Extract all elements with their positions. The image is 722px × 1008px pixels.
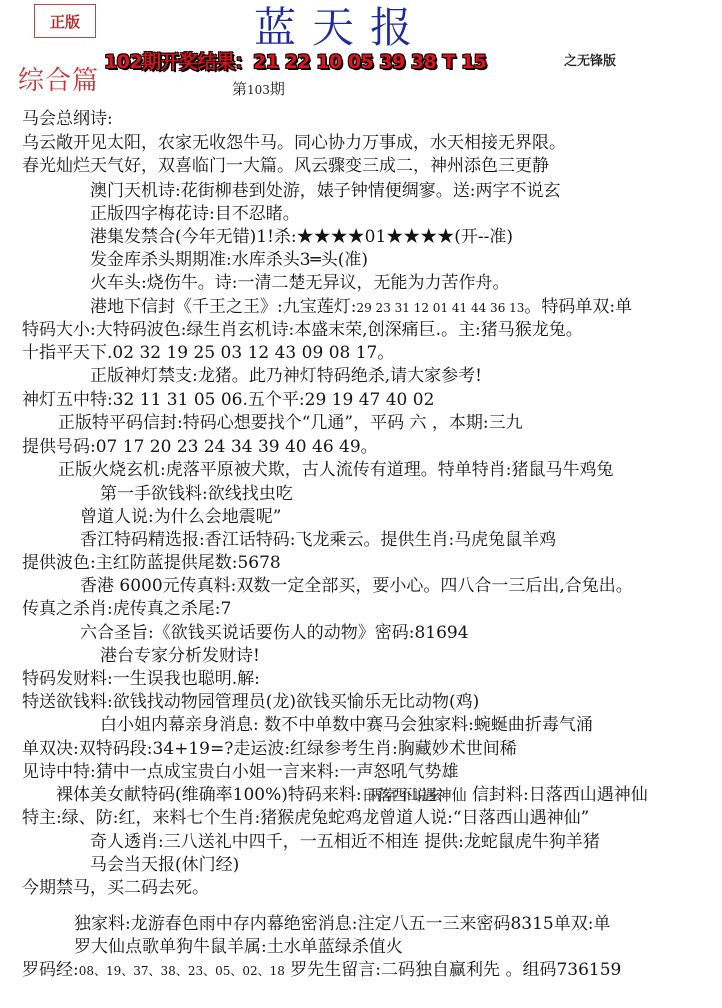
text-line: 裸体美女献特码(维确率100%)特码来料:日落西山遇神仙两字不说玄 信封料:日落… [56, 784, 648, 806]
text-line: 火车头:烧伤牛。诗:一清二楚无异议，无能为力苦作舟。 [90, 272, 509, 294]
text-line: 香江特码精选报:香江话特码:飞龙乘云。提供生肖:马虎兔鼠羊鸡 [80, 529, 556, 551]
text-line: 澳门天机诗:花街柳巷到处游，婊子钟情便绸寥。送:两字不说玄 [90, 180, 560, 202]
text-line: 正版四字梅花诗:目不忍睹。 [90, 203, 300, 225]
edition-subtitle: 之无锋版 [564, 50, 616, 69]
line-value: 罗先生留言:二码独自赢利先 。组码736159 [285, 960, 621, 980]
overlapped-text: 日落西山遇神仙两字不说玄 [362, 784, 467, 806]
text-line: 独家料:龙游春色雨中存内幕绝密消息:注定八五一三来密码8315单双:单 [74, 913, 610, 935]
text-line: 乌云敞开见太阳，农家无收怨牛马。同心协力万事成，水天相接无界限。 [22, 132, 566, 154]
text-line: 奇人透肖:三八送礼中四千，一五相近不相连 提供:龙蛇鼠虎牛狗羊猪 [90, 831, 600, 853]
text-line: 第一手欲钱料:欲线找虫吃 [100, 483, 293, 505]
text-line: 春光灿烂天气好，双喜临门一大篇。风云骤变三成二，神州添色三更静 [22, 155, 549, 177]
text-line: 提供号码:07 17 20 23 24 34 39 40 46 49。 [22, 436, 378, 458]
text-line: 特送欲钱料:欲钱找动物园管理员(龙)欲钱买愉乐无比动物(鸡) [22, 691, 479, 713]
text-line: 特码大小:大特码波色:绿生肖玄机诗:本盛末荣,创深痛巨.。主:猪马猴龙兔。 [22, 319, 583, 341]
text-line: 见诗中特:猜中一点成宝贵白小姐一言来料:一声怒吼气势雄 [22, 761, 458, 783]
text-line: 马会总纲诗: [22, 108, 113, 130]
text-line: 罗码经:08、19、37、38、23、05、02、18 罗先生留言:二码独自赢利… [22, 959, 621, 982]
text-line: 马会当天报(休门经) [90, 854, 239, 876]
text-line: 传真之杀肖:虎传真之杀尾:7 [22, 598, 231, 620]
masthead-title: 蓝天报 [254, 4, 428, 52]
text-line: 白小姐内幕亲身消息: 数不中单数中赛马会独家料:蜿蜒曲折毒气涌 [100, 714, 593, 736]
text-line: 正版神灯禁支:龙猪。此乃神灯特码绝杀,请大家参考! [90, 365, 482, 387]
issue-number-value: 103 [247, 83, 270, 97]
text-line: 特码发财料:一生误我也聪明.解: [22, 668, 260, 690]
text-line: 港集发禁合(今年无错)1!杀:★★★★01★★★★(开--准) [90, 226, 513, 248]
text-line: 六合圣旨:《欲钱买说话要伤人的动物》密码:81694 [80, 622, 469, 644]
text-line: 十指平天下.02 32 19 25 03 12 43 09 08 17。 [22, 342, 394, 364]
line-value: 信封料:日落西山遇神仙 [467, 785, 648, 805]
text-line: 港台专家分析发财诗! [100, 645, 260, 667]
text-line: 特主:绿、防:红，来料七个生肖:猪猴虎兔蛇鸡龙曾道人说:“日落西山遇神仙” [22, 807, 589, 829]
text-line: 港地下信封《千王之王》:九宝莲灯:29 23 31 12 01 41 44 36… [90, 296, 632, 319]
text-line: 曾道人说:为什么会地震呢” [80, 506, 281, 528]
edition-badge: 正版 [34, 4, 96, 38]
result-banner: 102期开奖结果：21 22 10 05 39 38 T 15 [104, 47, 487, 74]
issue-suffix: 期 [270, 80, 285, 98]
text-line: 正版火烧玄机:虎落平原被犬欺，古人流传有道理。特单特肖:猪鼠马牛鸡兔 [58, 459, 613, 481]
text-line: 提供波色:主红防蓝提供尾数:5678 [22, 552, 281, 574]
line-label: 罗码经: [22, 960, 79, 980]
text-line: 单双决:双特码段:34+19=?走运波:红绿参考生肖:胸藏妙术世间稀 [22, 738, 517, 760]
text-line: 发金库杀头期期准:水库杀头3═头(准) [90, 249, 368, 271]
line-label: 裸体美女献特码(维确率100%)特码来料: [56, 785, 362, 805]
overlap-text-b: 两字不说玄 [368, 784, 443, 806]
edition-badge-text: 正版 [50, 11, 80, 32]
issue-prefix: 第 [232, 80, 247, 98]
number-list: 08、19、37、38、23、05、02、18 [79, 964, 285, 978]
number-list: 29 23 31 12 01 41 44 36 13 [356, 301, 524, 315]
section-title: 综合篇 [18, 60, 99, 97]
text-line: 香港 6000元传真料:双数一定全部买，要小心。四八合一三后出,合兔出。 [80, 575, 633, 597]
text-line: 神灯五中特:32 11 31 05 06.五个平:29 19 47 40 02 [22, 389, 434, 411]
line-label: 港地下信封《千王之王》:九宝莲灯: [90, 297, 356, 317]
line-value: 。特码单双:单 [524, 297, 632, 317]
text-line: 罗大仙点歌单狗牛鼠羊属:土水单蓝绿杀值火 [74, 936, 403, 958]
text-line: 今期禁马，买二码去死。 [22, 877, 209, 899]
issue-number: 第103期 [232, 78, 285, 99]
text-line: 正版特平码信封:特码心想要找个“几通”，平码 六 ，本期:三九 [58, 412, 523, 434]
